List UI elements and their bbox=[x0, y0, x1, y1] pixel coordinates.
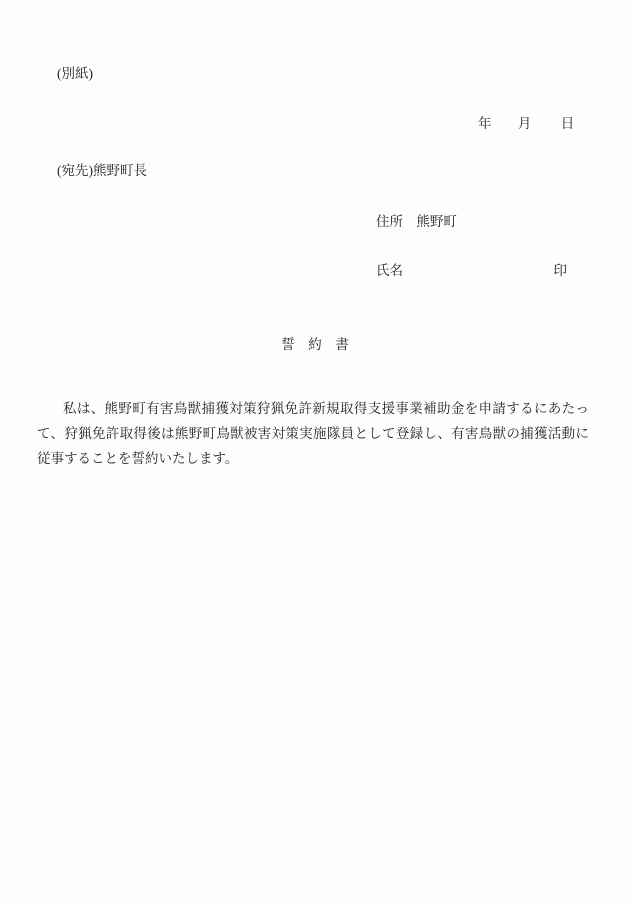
body-paragraph: 私は、熊野町有害鳥獣捕獲対策狩猟免許新規取得支援事業補助金を申請するにあたって、… bbox=[37, 396, 589, 471]
attachment-note: (別紙) bbox=[57, 62, 93, 82]
recipient-line: (宛先)熊野町長 bbox=[57, 159, 147, 179]
date-month-label: 月 bbox=[518, 116, 532, 131]
seal-label: 印 bbox=[554, 259, 568, 279]
address-label: 住所 bbox=[376, 214, 403, 229]
name-line: 氏名 印 bbox=[376, 259, 567, 279]
name-label: 氏名 bbox=[376, 259, 403, 279]
document-page: (別紙) 年 月 日 (宛先)熊野町長 住所 熊野町 氏名 印 誓 約 書 私は… bbox=[0, 0, 630, 903]
document-title: 誓 約 書 bbox=[0, 333, 630, 353]
date-day-label: 日 bbox=[561, 116, 575, 131]
address-value: 熊野町 bbox=[416, 214, 457, 229]
date-year-label: 年 bbox=[478, 116, 492, 131]
address-line: 住所 熊野町 bbox=[376, 210, 457, 230]
date-line: 年 月 日 bbox=[478, 112, 574, 132]
